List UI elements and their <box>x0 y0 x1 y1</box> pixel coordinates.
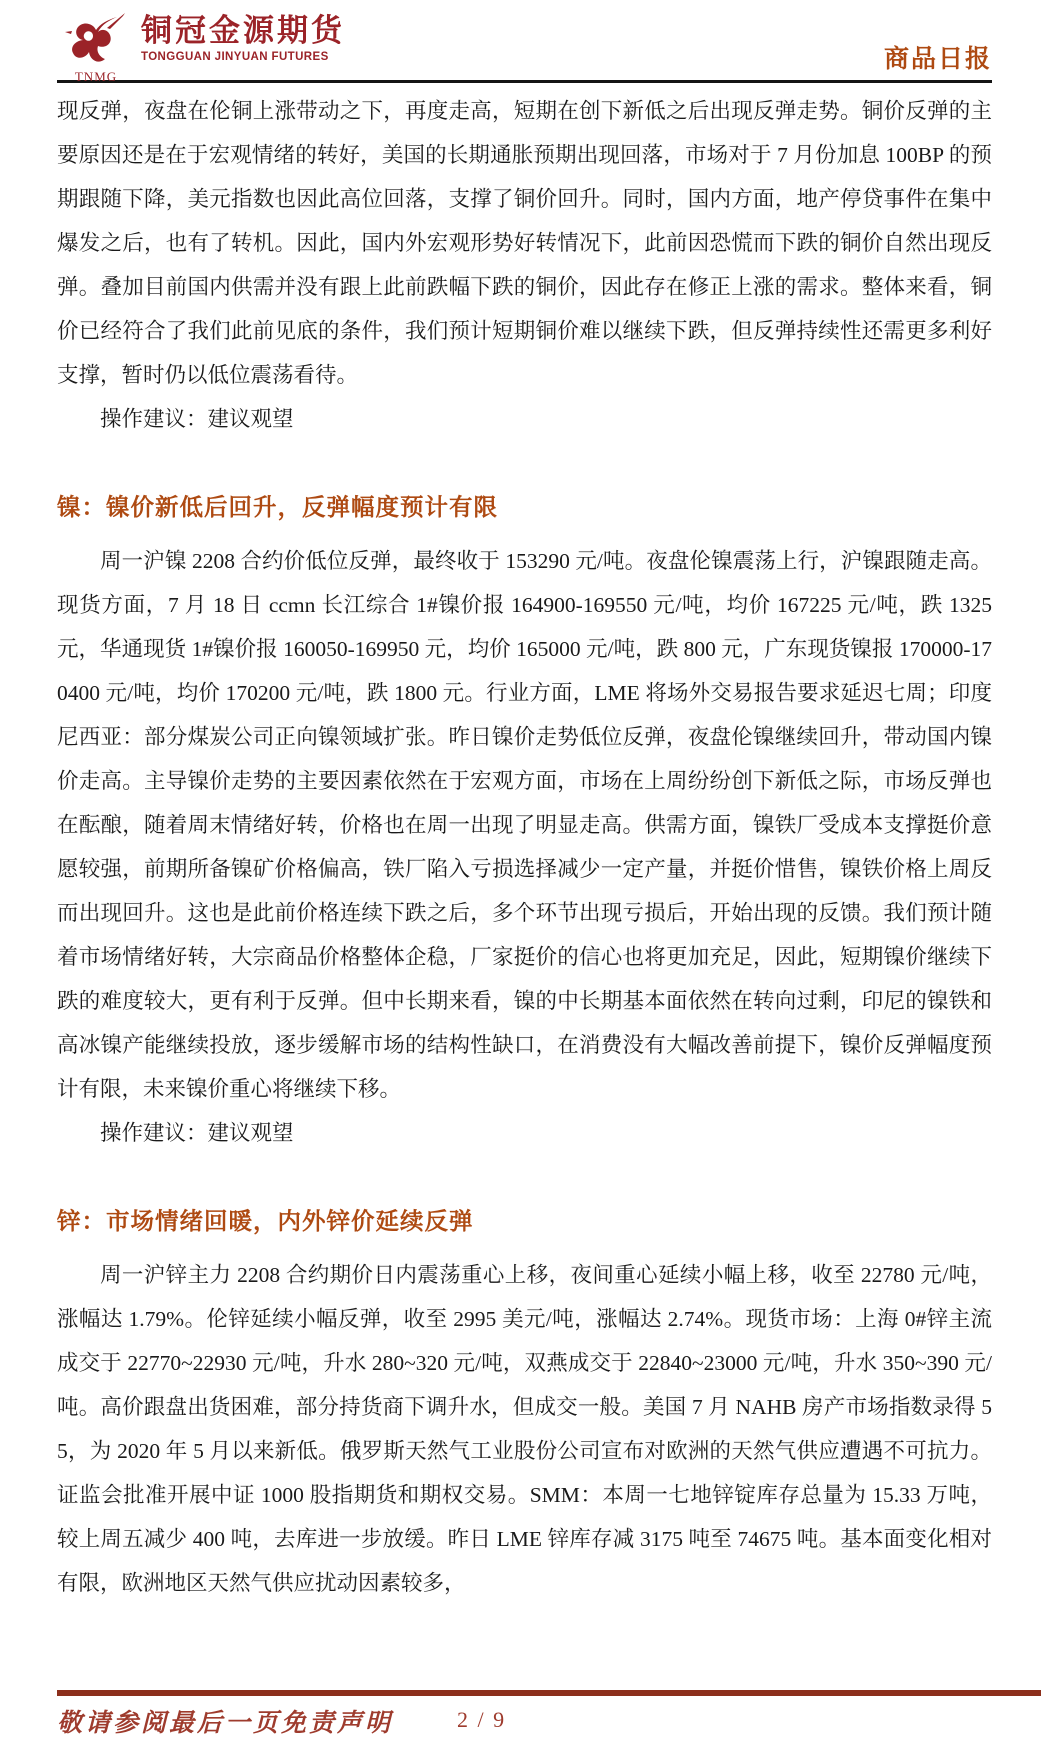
nickel-advice-line: 操作建议：建议观望 <box>57 1111 992 1155</box>
nickel-section-heading: 镍：镍价新低后回升，反弹幅度预计有限 <box>57 491 992 523</box>
footer-disclaimer: 敬请参阅最后一页免责声明 <box>57 1708 393 1737</box>
copper-advice-line: 操作建议：建议观望 <box>57 397 992 441</box>
phoenix-logo-icon <box>63 12 129 68</box>
report-footer: 敬请参阅最后一页免责声明 2 / 9 <box>57 1690 1041 1735</box>
page-number: 2 / 9 <box>457 1707 506 1733</box>
report-type-title: 商品日报 <box>884 39 992 75</box>
nickel-paragraph: 周一沪镍 2208 合约价低位反弹，最终收于 153290 元/吨。夜盘伦镍震荡… <box>57 539 992 1111</box>
copper-paragraph: 现反弹，夜盘在伦铜上涨带动之下，再度走高，短期在创下新低之后出现反弹走势。铜价反… <box>57 89 992 397</box>
logo-tnmg-text: TNMG <box>75 69 117 85</box>
report-header: TNMG 铜冠金源期货 TONGGUAN JINYUAN FUTURES 商品日… <box>57 0 992 83</box>
zinc-paragraph: 周一沪锌主力 2208 合约期价日内震荡重心上移，夜间重心延续小幅上移，收至 2… <box>57 1253 992 1605</box>
logo-icon-block: TNMG <box>57 12 135 85</box>
company-name-cn: 铜冠金源期货 <box>141 14 345 48</box>
zinc-section-heading: 锌：市场情绪回暖，内外锌价延续反弹 <box>57 1205 992 1237</box>
report-page: TNMG 铜冠金源期货 TONGGUAN JINYUAN FUTURES 商品日… <box>0 0 1049 1738</box>
company-logo: TNMG 铜冠金源期货 TONGGUAN JINYUAN FUTURES <box>57 12 345 85</box>
company-names: 铜冠金源期货 TONGGUAN JINYUAN FUTURES <box>141 12 345 63</box>
footer-text-row: 敬请参阅最后一页免责声明 2 / 9 <box>57 1703 1041 1735</box>
company-name-en: TONGGUAN JINYUAN FUTURES <box>141 51 345 63</box>
report-body: 现反弹，夜盘在伦铜上涨带动之下，再度走高，短期在创下新低之后出现反弹走势。铜价反… <box>57 89 992 1685</box>
footer-divider-bar <box>57 1690 1041 1696</box>
